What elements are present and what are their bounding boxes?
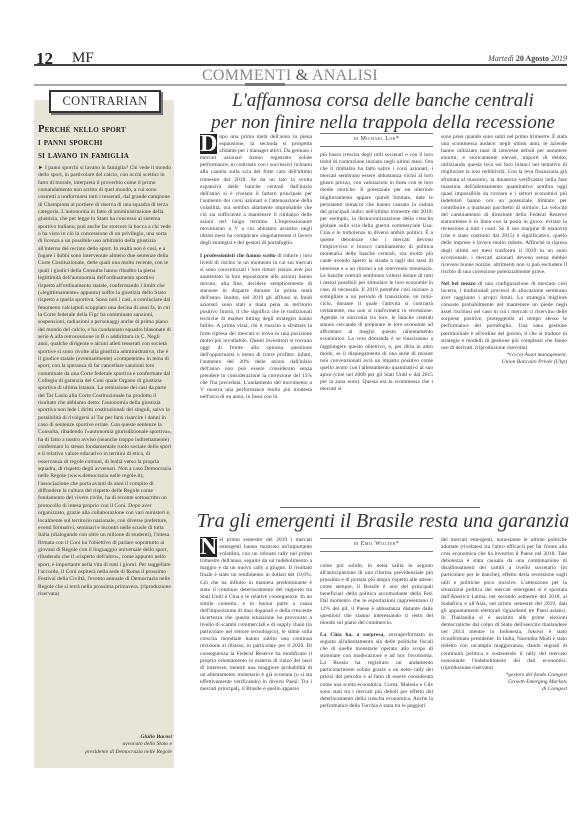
headline-line: per non finire nella trappola della rece… bbox=[186, 112, 580, 134]
article-text: sovraperformato in seguito all'allentame… bbox=[320, 632, 433, 709]
section-left: COMMENTI bbox=[202, 67, 292, 84]
date-daymonth: 20 Agosto bbox=[516, 54, 549, 63]
contrarian-badge: CONTRARIAN bbox=[49, 90, 161, 113]
paragraph-lead: I professionisti che hanno scelto bbox=[200, 253, 276, 259]
article-text: el primo semestre del 2019 i mercati eme… bbox=[200, 537, 312, 692]
article2-column-3: dei mercati emergenti, nonostante le ult… bbox=[441, 537, 567, 693]
byline-rule bbox=[320, 551, 433, 552]
byline-rule bbox=[320, 146, 433, 147]
paragraph-lead: La Cina ha, a sorpresa, bbox=[320, 632, 385, 638]
headline-line: L'affannosa corsa delle banche centrali bbox=[186, 90, 580, 112]
dropcap: D bbox=[200, 134, 217, 154]
byline-rule bbox=[320, 133, 433, 134]
dropcap: N bbox=[200, 537, 217, 557]
sidebar-body: ► I panni sporchi si lavano in famiglia?… bbox=[38, 165, 172, 598]
article-text: come più solido, in netta salita in segu… bbox=[320, 563, 433, 626]
article1-column-1: D opo una prima metà dell'anno in piena … bbox=[200, 134, 312, 401]
article-text: di ridurre i loro livelli di rischio in … bbox=[200, 253, 312, 401]
article1-footnote: Union Bancaire Privée (Ubp) bbox=[441, 359, 567, 366]
sidebar-author-role: presidente di Democrazia nelle Regole bbox=[38, 749, 172, 756]
article-text: più bassa crescita degli utili societari… bbox=[320, 152, 433, 392]
issue-date: Martedì 20 Agosto 2019 bbox=[488, 54, 567, 63]
article2-footnote: *gestore del fondo Comgest bbox=[441, 672, 567, 679]
article1-byline: di Michael Lok* bbox=[320, 136, 433, 142]
sidebar-author-role: avvocato dello Stato e bbox=[38, 741, 172, 748]
sidebar-signature: Giulio Bacosi avvocato dello Stato e pre… bbox=[38, 734, 172, 756]
article2-column-2: come più solido, in netta salita in segu… bbox=[320, 563, 433, 710]
sidebar-headline-line: Perché nello sport bbox=[38, 123, 174, 136]
section-rule-mark bbox=[245, 83, 285, 86]
article-text: di una configurazione di mercato così in… bbox=[441, 281, 567, 351]
page-number: 12 bbox=[36, 49, 53, 69]
article1-column-3: sono presi quando sono saliti nel primo … bbox=[441, 134, 567, 366]
date-weekday: Martedì bbox=[488, 54, 514, 63]
sidebar-author: Giulio Bacosi bbox=[140, 734, 172, 740]
article2-headline: Tra gli emergenti il Brasile resta una g… bbox=[186, 509, 580, 533]
section-amp: & bbox=[296, 67, 309, 84]
section-rule bbox=[34, 84, 567, 86]
sidebar-headline-line: i panni sporchi bbox=[38, 136, 174, 149]
article-separator bbox=[280, 507, 480, 508]
section-title: COMMENTI & ANALISI bbox=[0, 67, 580, 85]
header-rule bbox=[34, 64, 567, 66]
newspaper-page: 12 MF Martedì 20 Agosto 2019 COMMENTI & … bbox=[0, 0, 580, 820]
article2-footnote: Growth Emerging Markets bbox=[441, 679, 567, 686]
article1-headline: L'affannosa corsa delle banche centrali … bbox=[186, 90, 580, 134]
date-year: 2019 bbox=[551, 54, 567, 63]
article-text: dei mercati emergenti, nonostante le ult… bbox=[441, 537, 567, 671]
byline-rule bbox=[320, 538, 433, 539]
bullet-arrow-icon: ► bbox=[38, 165, 44, 171]
article2-footnote: di Comgest bbox=[441, 686, 567, 693]
sidebar-headline-line: si lavano in famiglia bbox=[38, 149, 174, 162]
article2-column-1: N el primo semestre del 2019 i mercati e… bbox=[200, 537, 312, 693]
paragraph-lead: Nel bel mezzo bbox=[441, 281, 476, 287]
section-right: ANALISI bbox=[312, 67, 378, 84]
article-text: sono presi quando sono saliti nel primo … bbox=[441, 134, 567, 275]
article1-column-2: più bassa crescita degli utili societari… bbox=[320, 152, 433, 393]
article2-byline: di Emil Wolter* bbox=[320, 541, 433, 547]
sidebar-body-text: I panni sporchi si lavano in famiglia? C… bbox=[38, 165, 172, 597]
article1-footnote: *co-cio Asset management, bbox=[441, 352, 567, 359]
sidebar-headline: Perché nello sport i panni sporchi si la… bbox=[38, 123, 174, 162]
